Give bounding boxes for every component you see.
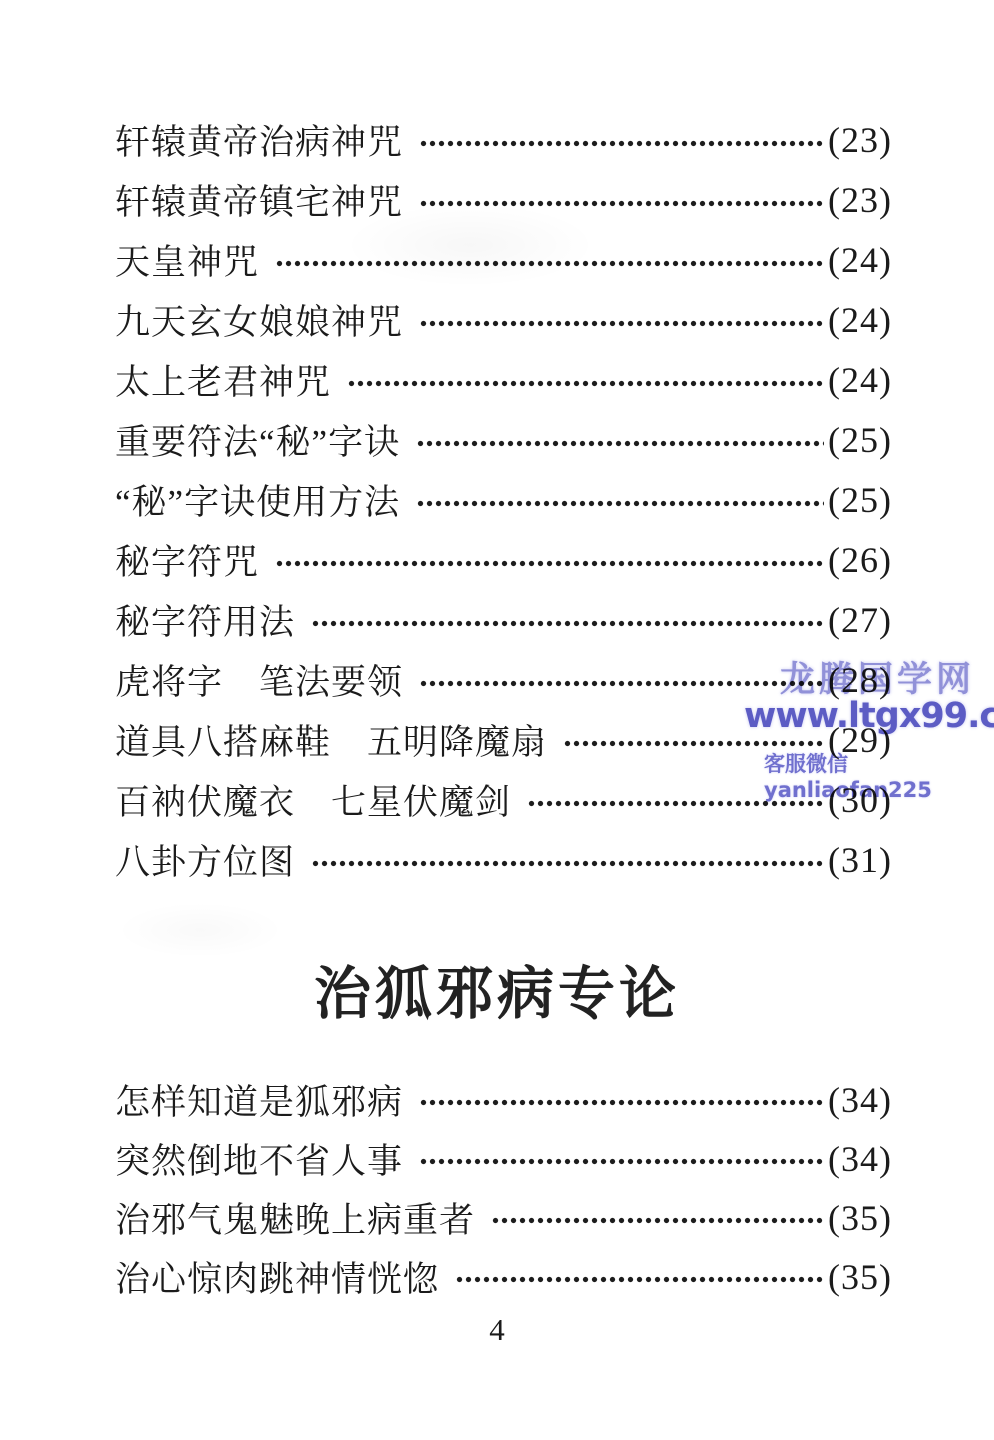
toc-entry-page: (26) — [828, 539, 892, 581]
toc-entry-title: “秘”字诀使用方法 — [115, 475, 400, 525]
toc-entry-title: 道具八搭麻鞋 五明降魔扇 — [115, 715, 547, 765]
toc-entry-title: 百衲伏魔衣 七星伏魔剑 — [115, 775, 511, 825]
toc-entry: 八卦方位图(31) — [115, 830, 892, 890]
toc-entry: “秘”字诀使用方法(25) — [115, 470, 892, 530]
toc-entry: 轩辕黄帝镇宅神咒(23) — [115, 170, 892, 230]
toc-entry: 天皇神咒(24) — [115, 230, 892, 290]
toc-entry-page: (24) — [828, 359, 892, 401]
dot-leader — [416, 499, 824, 508]
toc-entry: 治邪气鬼魅晚上病重者(35) — [115, 1188, 892, 1247]
toc-list-part2: 怎样知道是狐邪病(34)突然倒地不省人事(34)治邪气鬼魅晚上病重者(35)治心… — [115, 1070, 892, 1306]
toc-entry-title: 轩辕黄帝镇宅神咒 — [115, 175, 403, 225]
toc-entry: 怎样知道是狐邪病(34) — [115, 1070, 892, 1129]
toc-entry-title: 重要符法“秘”字诀 — [115, 415, 400, 465]
dot-leader — [275, 259, 824, 268]
toc-entry: 太上老君神咒(24) — [115, 350, 892, 410]
toc-entry: 秘字符咒(26) — [115, 530, 892, 590]
toc-entry-title: 治心惊肉跳神情恍惚 — [115, 1252, 439, 1302]
toc-entry-page: (35) — [828, 1197, 892, 1239]
toc-entry-page: (34) — [828, 1138, 892, 1180]
toc-entry-title: 八卦方位图 — [115, 835, 295, 885]
toc-entry-page: (27) — [828, 599, 892, 641]
dot-leader — [419, 139, 824, 148]
dot-leader — [416, 439, 824, 448]
dot-leader — [347, 379, 824, 388]
section-heading: 治狐邪病专论 — [0, 948, 994, 1030]
toc-entry-page: (25) — [828, 419, 892, 461]
toc-entry-page: (30) — [828, 779, 892, 821]
toc-entry-page: (23) — [828, 179, 892, 221]
dot-leader — [563, 739, 824, 748]
toc-entry-title: 秘字符用法 — [115, 595, 295, 645]
toc-entry-page: (28) — [828, 659, 892, 701]
toc-entry: 治心惊肉跳神情恍惚(35) — [115, 1247, 892, 1306]
toc-entry-title: 秘字符咒 — [115, 535, 259, 585]
toc-entry: 轩辕黄帝治病神咒(23) — [115, 110, 892, 170]
toc-entry-title: 轩辕黄帝治病神咒 — [115, 115, 403, 165]
dot-leader — [419, 679, 824, 688]
toc-entry-page: (24) — [828, 299, 892, 341]
toc-entry-page: (23) — [828, 119, 892, 161]
dot-leader — [527, 799, 824, 808]
toc-entry-page: (29) — [828, 719, 892, 761]
toc-entry-page: (24) — [828, 239, 892, 281]
toc-entry: 突然倒地不省人事(34) — [115, 1129, 892, 1188]
toc-entry-title: 太上老君神咒 — [115, 355, 331, 405]
toc-entry: 虎将字 笔法要领(28) — [115, 650, 892, 710]
toc-entry-title: 虎将字 笔法要领 — [115, 655, 403, 705]
toc-list-part1: 轩辕黄帝治病神咒(23)轩辕黄帝镇宅神咒(23)天皇神咒(24)九天玄女娘娘神咒… — [115, 110, 892, 890]
dot-leader — [311, 859, 824, 868]
dot-leader — [275, 559, 824, 568]
toc-entry: 重要符法“秘”字诀(25) — [115, 410, 892, 470]
toc-entry: 百衲伏魔衣 七星伏魔剑(30) — [115, 770, 892, 830]
scanned-page: 轩辕黄帝治病神咒(23)轩辕黄帝镇宅神咒(23)天皇神咒(24)九天玄女娘娘神咒… — [0, 0, 994, 1440]
dot-leader — [419, 319, 824, 328]
dot-leader — [419, 1157, 824, 1166]
toc-entry-title: 九天玄女娘娘神咒 — [115, 295, 403, 345]
toc-entry-title: 怎样知道是狐邪病 — [115, 1075, 403, 1125]
toc-entry-title: 天皇神咒 — [115, 235, 259, 285]
toc-entry: 秘字符用法(27) — [115, 590, 892, 650]
dot-leader — [455, 1275, 824, 1284]
toc-entry-page: (35) — [828, 1256, 892, 1298]
dot-leader — [311, 619, 824, 628]
toc-entry-page: (34) — [828, 1079, 892, 1121]
dot-leader — [419, 1098, 824, 1107]
page-number: 4 — [0, 1312, 994, 1348]
dot-leader — [491, 1216, 824, 1225]
toc-entry-page: (31) — [828, 839, 892, 881]
toc-entry: 九天玄女娘娘神咒(24) — [115, 290, 892, 350]
toc-entry: 道具八搭麻鞋 五明降魔扇(29) — [115, 710, 892, 770]
toc-entry-title: 突然倒地不省人事 — [115, 1134, 403, 1184]
toc-entry-page: (25) — [828, 479, 892, 521]
toc-entry-title: 治邪气鬼魅晚上病重者 — [115, 1193, 475, 1243]
dot-leader — [419, 199, 824, 208]
